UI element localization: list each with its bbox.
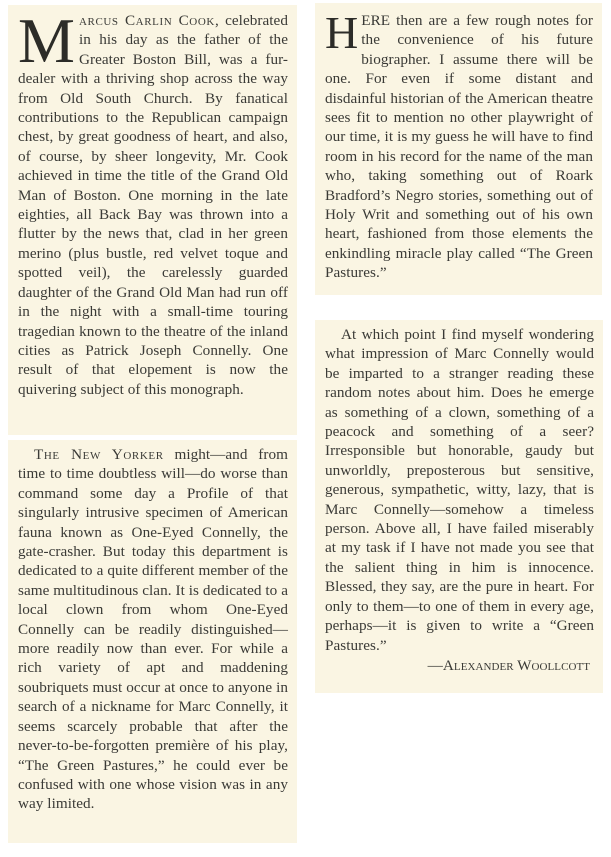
paragraph-origins: Marcus Carlin Cook, celebrated in his da… — [18, 11, 288, 399]
paragraph-text: celebrated in his day as the father of t… — [18, 12, 288, 398]
article-panel-origins: Marcus Carlin Cook, celebrated in his da… — [8, 5, 297, 435]
lead-name-smallcaps: arcus Carlin Cook, — [79, 12, 219, 29]
paragraph-introduction: The New Yorker might—and from time to ti… — [18, 445, 288, 814]
article-panel-conclusion: At which point I find myself wondering w… — [315, 320, 603, 693]
article-panel-biographer-notes: HERE then are a few rough notes for the … — [315, 3, 602, 295]
paragraph-biographer-notes: HERE then are a few rough notes for the … — [325, 11, 593, 283]
article-panel-introduction: The New Yorker might—and from time to ti… — [8, 440, 297, 843]
drop-cap-h: H — [325, 14, 358, 52]
lead-word: ERE — [361, 12, 390, 29]
paragraph-conclusion: At which point I find myself wondering w… — [325, 325, 594, 655]
paragraph-text: might—and from time to time doubtless wi… — [18, 446, 288, 812]
paragraph-text: then are a few rough notes for the conve… — [325, 12, 593, 281]
drop-cap-m: M — [18, 15, 75, 67]
magazine-name-smallcaps: The New Yorker — [34, 446, 164, 463]
author-signature: —Alexander Woollcott — [325, 656, 594, 675]
